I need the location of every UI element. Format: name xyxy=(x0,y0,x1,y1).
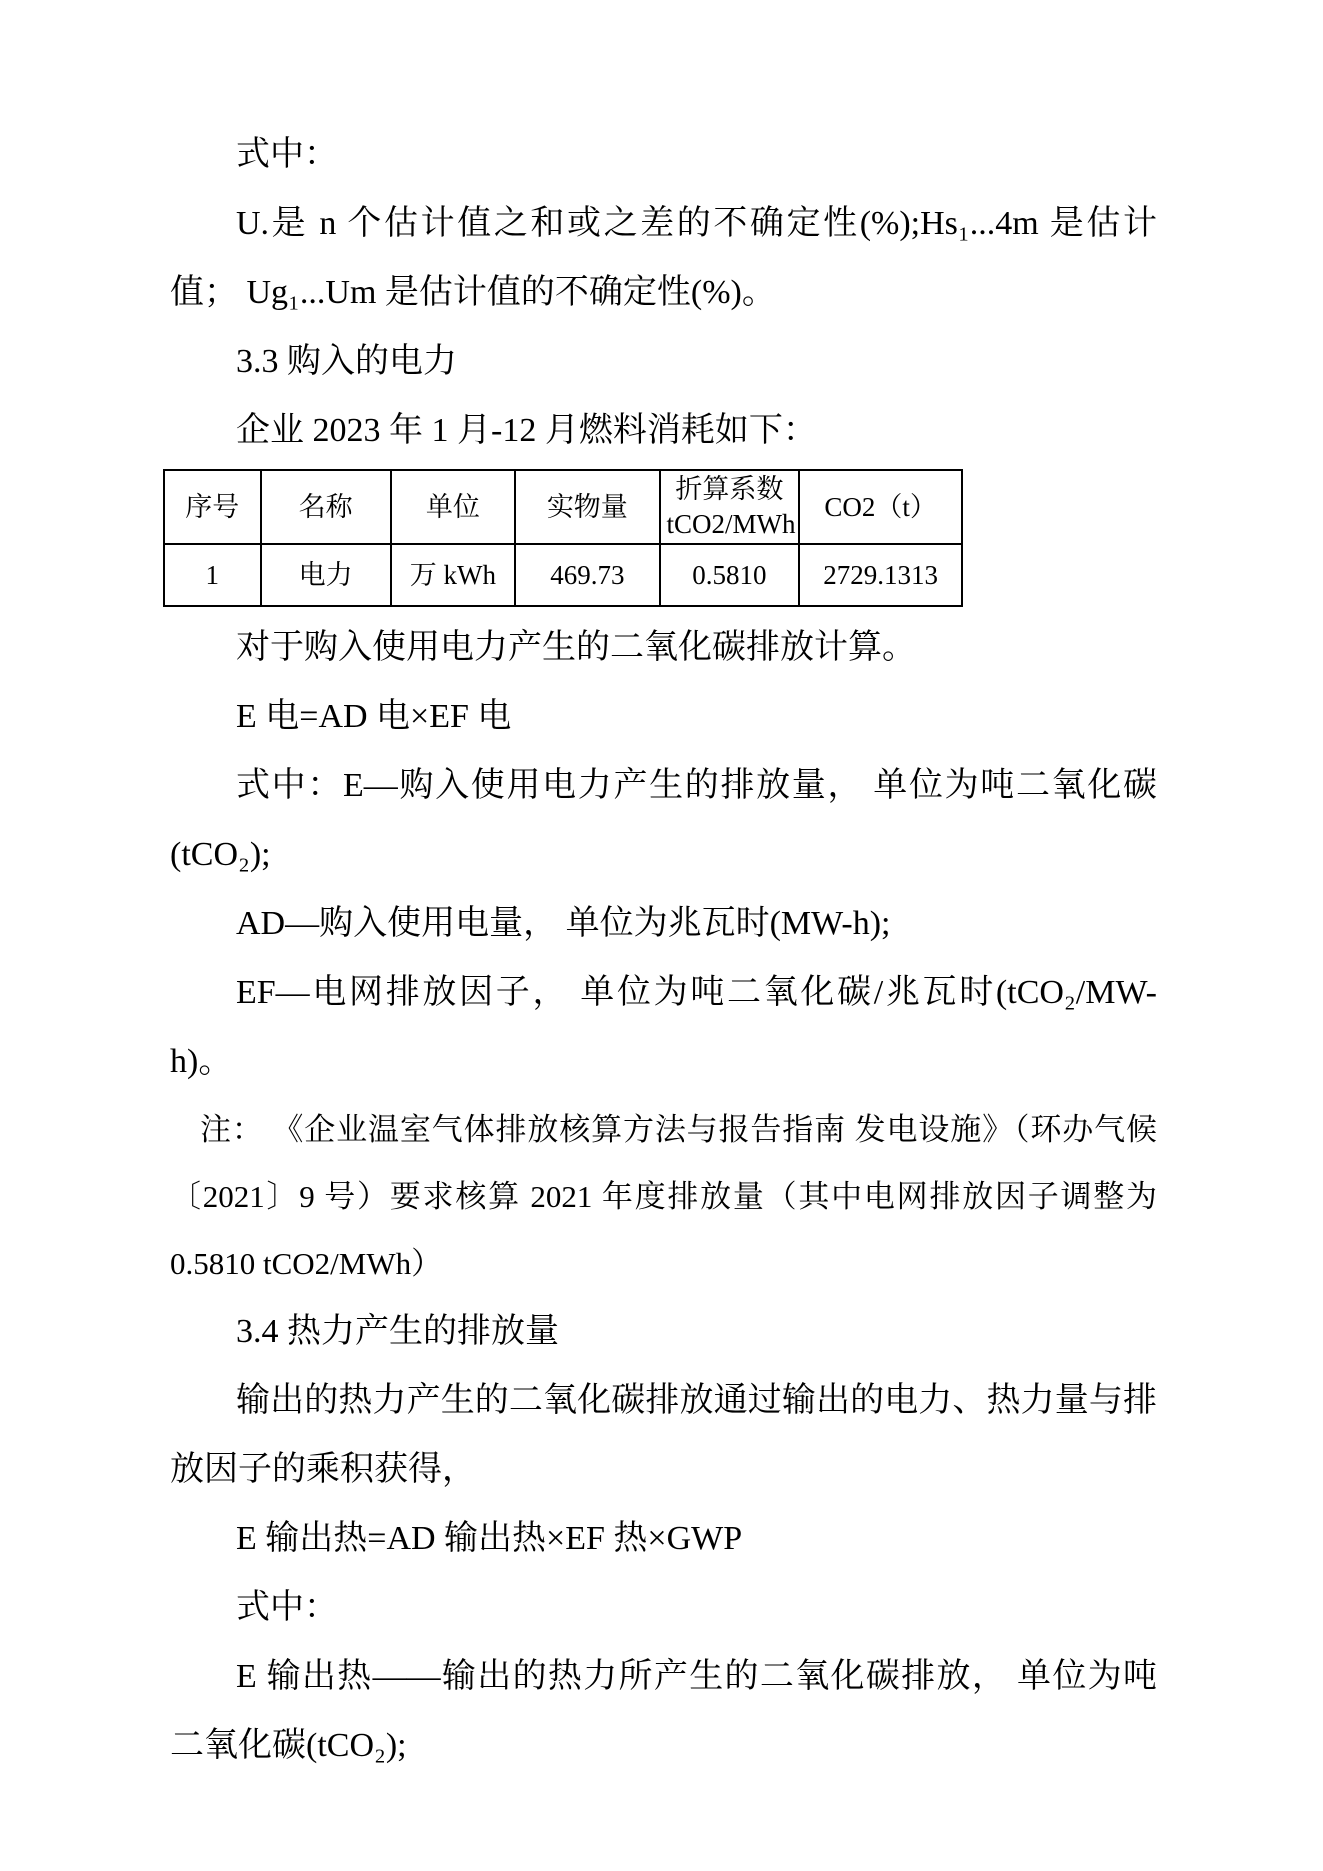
fuel-consumption-intro: 企业 2023 年 1 月-12 月燃料消耗如下： xyxy=(170,396,1157,465)
header-co2: CO2（t） xyxy=(799,470,962,544)
heat-formula: E 输出热=AD 输出热×EF 热×GWP xyxy=(170,1504,1157,1573)
ef-term-definition: EF—电网排放因子， 单位为吨二氧化碳/兆瓦时(tCO₂/MW-h)。 xyxy=(170,958,1157,1096)
guideline-note: 注： 《企业温室气体排放核算方法与报告指南 发电设施》（环办气候〔2021〕9 … xyxy=(170,1096,1157,1297)
e-heat-term-definition: E 输出热——输出的热力所产生的二氧化碳排放， 单位为吨二氧化碳(tCO₂); xyxy=(170,1642,1157,1780)
header-conversion-factor: 折算系数 tCO2/MWh xyxy=(660,470,800,544)
header-name: 名称 xyxy=(261,470,391,544)
document-page: 式中： U.是 n 个估计值之和或之差的不确定性(%);Hs₁...4m 是估计… xyxy=(0,0,1323,1871)
cell-index: 1 xyxy=(164,544,261,606)
electricity-co2-intro: 对于购入使用电力产生的二氧化碳排放计算。 xyxy=(170,613,1157,682)
table-row: 1 电力 万 kWh 469.73 0.5810 2729.1313 xyxy=(164,544,962,606)
fuel-consumption-table: 序号 名称 单位 实物量 折算系数 tCO2/MWh CO2（t） 1 电力 万… xyxy=(163,469,963,607)
cell-unit: 万 kWh xyxy=(391,544,515,606)
header-index: 序号 xyxy=(164,470,261,544)
header-amount: 实物量 xyxy=(515,470,659,544)
formula-note-label-2: 式中： xyxy=(170,1573,1157,1642)
section-heading-3-4: 3.4 热力产生的排放量 xyxy=(170,1297,1157,1366)
cell-amount: 469.73 xyxy=(515,544,659,606)
e-term-definition: 式中：E—购入使用电力产生的排放量， 单位为吨二氧化碳(tCO₂); xyxy=(170,751,1157,889)
cell-name: 电力 xyxy=(261,544,391,606)
table-header-row: 序号 名称 单位 实物量 折算系数 tCO2/MWh CO2（t） xyxy=(164,470,962,544)
heat-emission-intro: 输出的热力产生的二氧化碳排放通过输出的电力、热力量与排放因子的乘积获得， xyxy=(170,1366,1157,1504)
formula-note-label-1: 式中： xyxy=(170,120,1157,189)
header-unit: 单位 xyxy=(391,470,515,544)
ad-term-definition: AD—购入使用电量， 单位为兆瓦时(MW-h); xyxy=(170,889,1157,958)
electricity-formula: E 电=AD 电×EF 电 xyxy=(170,682,1157,751)
section-heading-3-3: 3.3 购入的电力 xyxy=(170,327,1157,396)
cell-co2: 2729.1313 xyxy=(799,544,962,606)
uncertainty-definition-paragraph: U.是 n 个估计值之和或之差的不确定性(%);Hs₁...4m 是估计值； U… xyxy=(170,189,1157,327)
cell-conversion-factor: 0.5810 xyxy=(660,544,800,606)
